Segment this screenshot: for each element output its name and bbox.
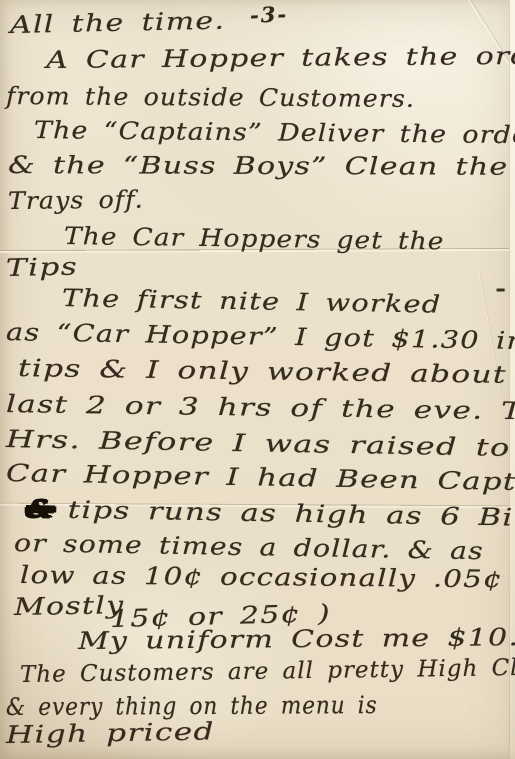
handwritten-line: My uniform Cost me $10.00: [78, 622, 515, 656]
handwritten-line-text: tips runs as high as 6 Bits: [68, 496, 515, 532]
letter-page: -3- - All the time. A Car Hopper takes t…: [0, 0, 515, 759]
handwritten-line: The “Captains” Deliver the orders: [34, 115, 515, 150]
handwritten-line: as “Car Hopper” I got $1.30 in: [6, 317, 515, 356]
handwritten-line: A Car Hopper takes the orders: [46, 40, 515, 75]
handwritten-line: Tips: [6, 251, 79, 283]
page-number: -3-: [250, 1, 289, 27]
handwritten-line: Mostly: [14, 590, 125, 622]
handwritten-line: Hrs. Before I was raised to: [6, 424, 511, 463]
handwritten-line: & the “Buss Boys” Clean the: [8, 150, 509, 182]
handwritten-line: from the outside Customers.: [6, 81, 415, 114]
handwritten-line: last 2 or 3 hrs of the eve. The: [6, 389, 515, 427]
handwritten-line: The Customers are all pretty High Class: [20, 652, 515, 690]
handwritten-line: The first nite I worked: [62, 283, 442, 320]
handwritten-line: &tips runs as high as 6 Bits: [26, 494, 515, 533]
handwritten-line: All the time.: [10, 5, 226, 40]
stray-pen-mark: -: [495, 276, 506, 302]
handwritten-line: The Car Hoppers get the: [64, 221, 445, 256]
handwritten-line: High priced: [6, 716, 215, 750]
scratched-out-word: &: [26, 494, 56, 524]
handwritten-line: Trays off.: [8, 185, 144, 216]
handwritten-line: low as 10¢ occasionally .05¢: [20, 560, 503, 594]
handwritten-line: Car Hopper I had Been Captaining: [6, 458, 515, 499]
handwritten-line: tips & I only worked about the: [18, 353, 515, 391]
